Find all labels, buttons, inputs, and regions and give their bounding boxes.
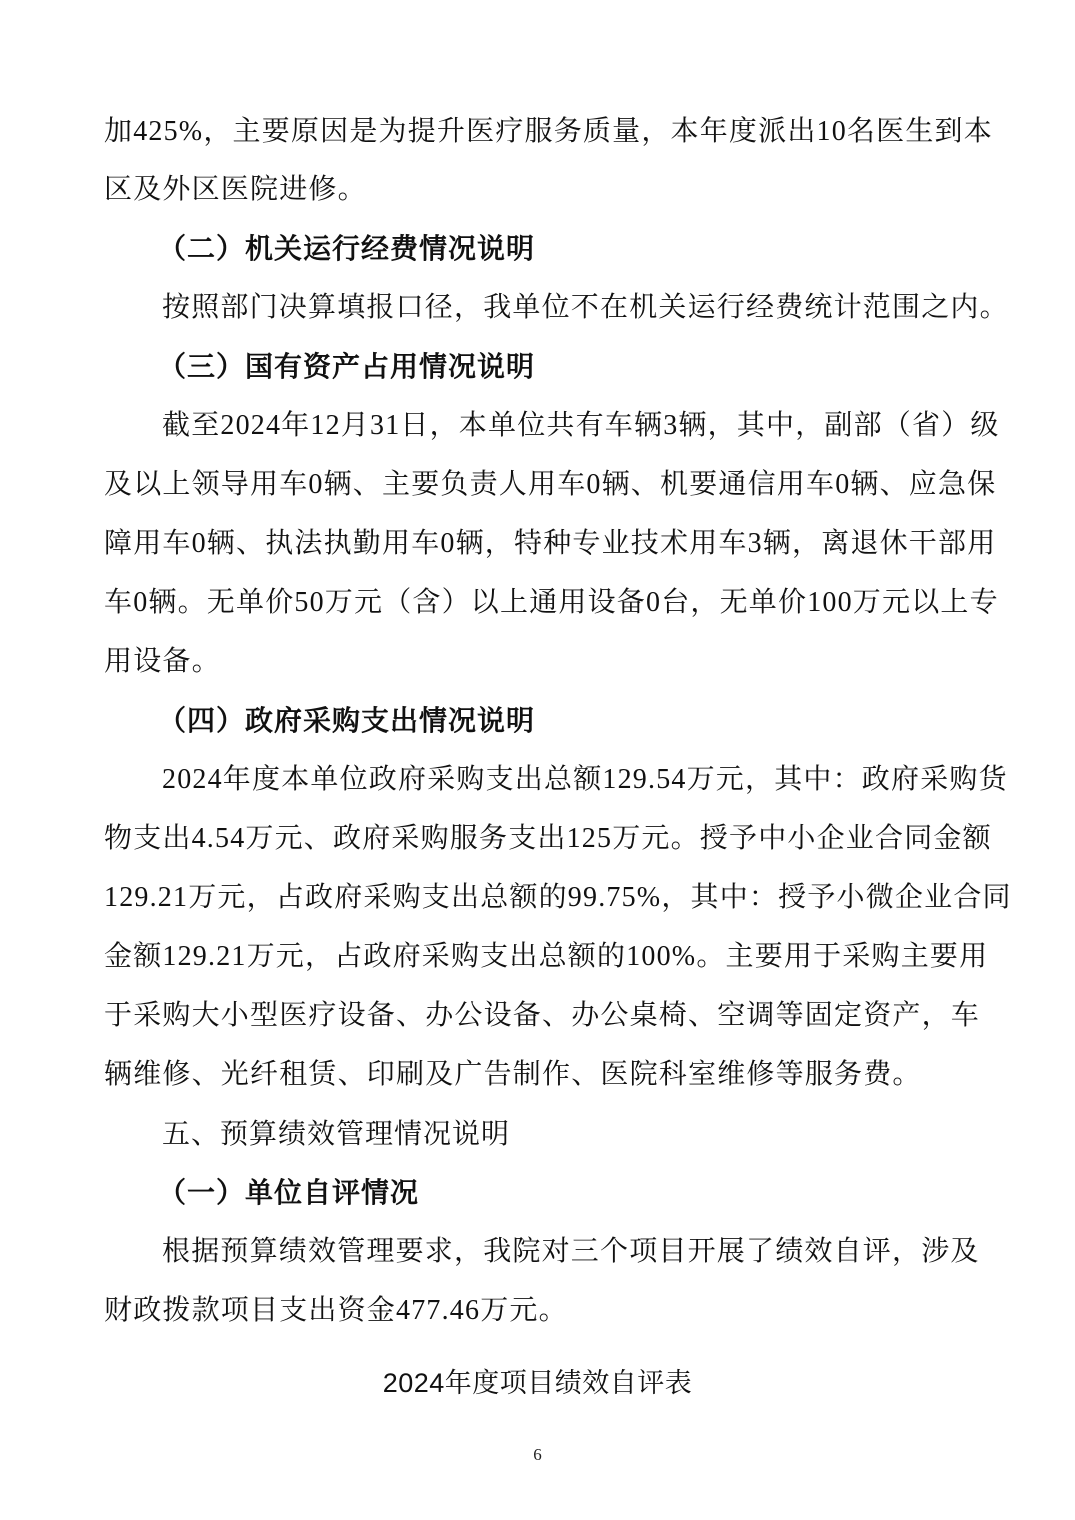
paragraph-line: 辆维修、光纤租赁、印刷及广告制作、医院科室维修等服务费。 xyxy=(104,1055,974,1095)
paragraph-line: 物支出4.54万元、政府采购服务支出125万元。授予中小企业合同金额 xyxy=(104,819,974,859)
page-number: 6 xyxy=(0,1443,1075,1467)
paragraph-line: 截至2024年12月31日，本单位共有车辆3辆，其中，副部（省）级 xyxy=(162,406,1032,446)
paragraph-line: 车0辆。无单价50万元（含）以上通用设备0台，无单价100万元以上专 xyxy=(104,583,974,623)
section-heading-self-evaluation: （一）单位自评情况 xyxy=(158,1173,419,1213)
section-heading-operating-expenses: （二）机关运行经费情况说明 xyxy=(158,229,535,269)
paragraph-line: 及以上领导用车0辆、主要负责人用车0辆、机要通信用车0辆、应急保 xyxy=(104,465,974,505)
document-page: 加425%，主要原因是为提升医疗服务质量，本年度派出10名医生到本 区及外区医院… xyxy=(0,0,1075,1520)
paragraph-line: 根据预算绩效管理要求，我院对三个项目开展了绩效自评，涉及 xyxy=(162,1232,1032,1272)
table-title: 2024年度项目绩效自评表 xyxy=(0,1363,1075,1403)
section-heading-state-assets: （三）国有资产占用情况说明 xyxy=(158,347,535,387)
paragraph-line: 金额129.21万元，占政府采购支出总额的100%。主要用于采购主要用 xyxy=(104,937,974,977)
paragraph-line: 加425%，主要原因是为提升医疗服务质量，本年度派出10名医生到本 xyxy=(104,112,974,152)
paragraph-line: 用设备。 xyxy=(104,642,974,682)
paragraph-line: 按照部门决算填报口径，我单位不在机关运行经费统计范围之内。 xyxy=(162,288,1032,328)
paragraph-line: 2024年度本单位政府采购支出总额129.54万元，其中：政府采购货 xyxy=(162,760,1032,800)
section-title-budget-performance: 五、预算绩效管理情况说明 xyxy=(162,1114,510,1154)
paragraph-line: 区及外区医院进修。 xyxy=(104,170,974,210)
paragraph-line: 129.21万元，占政府采购支出总额的99.75%，其中：授予小微企业合同 xyxy=(104,878,974,918)
paragraph-line: 财政拨款项目支出资金477.46万元。 xyxy=(104,1291,974,1331)
section-heading-government-procurement: （四）政府采购支出情况说明 xyxy=(158,701,535,741)
paragraph-line: 于采购大小型医疗设备、办公设备、办公桌椅、空调等固定资产，车 xyxy=(104,996,974,1036)
paragraph-line: 障用车0辆、执法执勤用车0辆，特种专业技术用车3辆，离退休干部用 xyxy=(104,524,974,564)
